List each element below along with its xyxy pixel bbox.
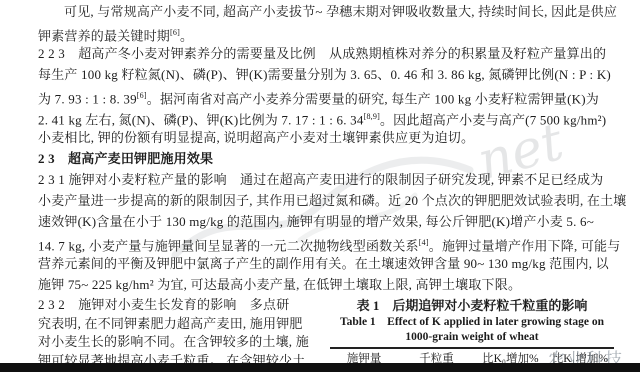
text-line: 钾素营养的最关键时期[6]。	[38, 22, 614, 43]
text-line: 2 3 超高产麦田钾肥施用效果	[38, 148, 614, 169]
page-content: 可见, 与常规高产小麦不同, 超高产小麦拔节~ 孕穗末期对钾吸收数量大, 持续时…	[38, 1, 614, 372]
section-heading-2-3: 2 3 超高产麦田钾肥施用效果	[38, 148, 614, 169]
bottom-letterbox-bar	[0, 363, 640, 372]
text-line: 小麦相比, 钾的份额有明显提高, 说明超高产小麦对土壤钾素供应更为迫切。	[38, 127, 614, 148]
paragraph-section-2-3-2: 2 3 2 施钾对小麦生长发育的影响 多点研究表明, 在不同钾素肥力超高产麦田,…	[38, 296, 314, 370]
text-line: 2 3 2 施钾对小麦生长发育的影响 多点研	[38, 296, 314, 315]
text-line: 营养元素间的平衡及钾肥中氯离子产生的副作用有关。在土壤速效钾含量 90~ 130…	[38, 253, 614, 274]
paragraph-section-2-2-3: 2 2 3 超高产冬小麦对钾素养分的需要量及比例 从成熟期植株对养分的积累量及籽…	[38, 43, 614, 148]
table-caption-en-line1: Table 1 Effect of K applied in later gro…	[330, 315, 614, 330]
paragraph-section-2-3-1: 2 3 1 施钾对小麦籽粒产量的影响 通过在超高产麦田进行的限制因子研究发现, …	[38, 169, 614, 295]
table-caption-en-line2: 1000-grain weight of wheat	[330, 330, 614, 345]
text-line: 2 2 3 超高产冬小麦对钾素养分的需要量及比例 从成熟期植株对养分的积累量及籽…	[38, 43, 614, 64]
text-line: 每生产 100 kg 籽粒氮(N)、磷(P)、钾(K)需要量分别为 3. 65、…	[38, 64, 614, 85]
text-line: 施钾 75~ 225 kg/hm² 为宜, 可达最高小麦产量, 在低钾土壤取上限…	[38, 274, 614, 295]
text-line: 2. 41 kg 左右, 氮(N)、磷(P)、钾(K)比例为 7. 17 : 1…	[38, 106, 614, 127]
text-line: 小麦产量进一步提高的新的限制因子, 其作用已超过氮和磷。近 20 个点次的钾肥肥…	[38, 190, 614, 211]
text-line: 究表明, 在不同钾素肥力超高产麦田, 施用钾肥	[38, 315, 314, 334]
text-line: 对小麦生长的影响不同。在含钾较多的土壤, 施	[38, 333, 314, 352]
text-line: 可见, 与常规高产小麦不同, 超高产小麦拔节~ 孕穗末期对钾吸收数量大, 持续时…	[38, 1, 614, 22]
text-line: 为 7. 93 : 1 : 8. 39[6]。据河南省对高产小麦养分需要量的研究…	[38, 85, 614, 106]
paragraph-intro: 可见, 与常规高产小麦不同, 超高产小麦拔节~ 孕穗末期对钾吸收数量大, 持续时…	[38, 1, 614, 43]
document-page: net 农业科技 可见, 与常规高产小麦不同, 超高产小麦拔节~ 孕穗末期对钾吸…	[0, 0, 640, 372]
text-line: 速效钾(K)含量在小于 130 mg/kg 的范围内, 施钾有明显的增产效果, …	[38, 211, 614, 232]
two-column-section: 2 3 2 施钾对小麦生长发育的影响 多点研究表明, 在不同钾素肥力超高产麦田,…	[38, 296, 614, 372]
text-line: 14. 7 kg, 小麦产量与施钾量间呈显著的一元二次抛物线型函数关系[4]。施…	[38, 232, 614, 253]
text-line: 2 3 1 施钾对小麦籽粒产量的影响 通过在超高产麦田进行的限制因子研究发现, …	[38, 169, 614, 190]
table-caption-zh: 表 1 后期追钾对小麦籽粒千粒重的影响	[330, 297, 614, 315]
